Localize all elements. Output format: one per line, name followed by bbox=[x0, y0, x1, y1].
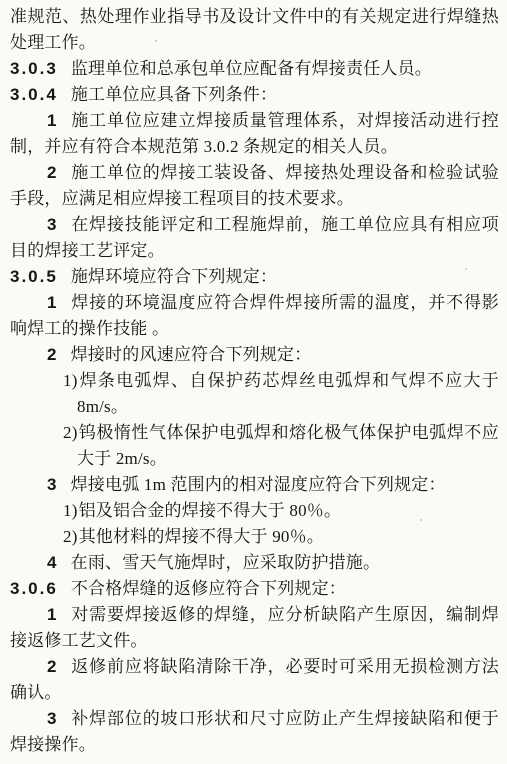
list-item-3-5: 3在焊接技能评定和工程施焊前，施工单位应具有相应项目的焊接工艺评定。 bbox=[10, 212, 499, 264]
clause-text: 焊接时的风速应符合下列规定： bbox=[71, 345, 312, 364]
list-item-2-4: 2施工单位的焊接工装设备、焊接热处理设备和检验试验手段，应满足相应焊接工程项目的… bbox=[10, 160, 499, 212]
list-item-1-7: 1焊接的环境温度应符合焊件焊接所需的温度，并不得影响焊工的操作技能 。 bbox=[10, 290, 499, 342]
clause-3.0.6: 3.0.6不合格焊缝的返修应符合下列规定： bbox=[10, 576, 499, 602]
clause-text: 其他材料的焊接不得大于 90％。 bbox=[79, 527, 324, 546]
clause-text: 对需要焊接返修的焊缝，应分析缺陷产生原因，编制焊接返修工艺文件。 bbox=[10, 605, 499, 650]
clause-text: 焊条电弧焊、自保护药芯焊丝电弧焊和气焊不应大于 8m/s。 bbox=[77, 371, 499, 416]
clause-number: 3.0.4 bbox=[10, 85, 58, 104]
clause-number: 2 bbox=[47, 345, 57, 364]
document-page: 准规范、热处理作业指导书及设计文件中的有关规定进行焊缝热处理工作。3.0.3监理… bbox=[0, 0, 507, 764]
clause-text: 在焊接技能评定和工程施焊前，施工单位应具有相应项目的焊接工艺评定。 bbox=[10, 215, 499, 260]
list-item-4-14: 4在雨、雪天气施焊时，应采取防护措施。 bbox=[10, 550, 499, 576]
list-item-2-17: 2返修前应将缺陷清除干净，必要时可采用无损检测方法确认。 bbox=[10, 654, 499, 706]
clause-text: 钨极惰性气体保护电弧焊和熔化极气体保护电弧焊不应大于 2m/s。 bbox=[77, 423, 499, 468]
list-item-3-18: 3补焊部位的坡口形状和尺寸应防止产生焊接缺陷和便于焊接操作。 bbox=[10, 706, 499, 758]
clause-number: 1 bbox=[47, 605, 57, 624]
scan-speck bbox=[0, 0, 2, 2]
clause-number: 3 bbox=[47, 475, 57, 494]
clause-number: 2 bbox=[47, 657, 57, 676]
clause-number: 3.0.3 bbox=[10, 59, 58, 78]
clause-text: 施工单位应建立焊接质量管理体系，对焊接活动进行控制，并应有符合本规范第 3.0.… bbox=[10, 111, 499, 156]
list-item-2-8: 2焊接时的风速应符合下列规定： bbox=[10, 342, 499, 368]
clause-text: 施焊环境应符合下列规定： bbox=[71, 267, 277, 286]
clause-text: 焊接电弧 1m 范围内的相对湿度应符合下列规定： bbox=[71, 475, 446, 494]
clause-number: 4 bbox=[47, 553, 57, 572]
clause-number: 1) bbox=[63, 371, 78, 390]
clause-text: 返修前应将缺陷清除干净，必要时可采用无损检测方法确认。 bbox=[10, 657, 499, 702]
clause-number: 1) bbox=[63, 501, 78, 520]
list-item-1-16: 1对需要焊接返修的焊缝，应分析缺陷产生原因，编制焊接返修工艺文件。 bbox=[10, 602, 499, 654]
clause-number: 3 bbox=[47, 709, 57, 728]
list-item-3-11: 3焊接电弧 1m 范围内的相对湿度应符合下列规定： bbox=[10, 472, 499, 498]
list-item-2-10: 2)钨极惰性气体保护电弧焊和熔化极气体保护电弧焊不应大于 2m/s。 bbox=[10, 420, 499, 472]
clause-text: 监理单位和总承包单位应配备有焊接责任人员。 bbox=[71, 59, 432, 78]
clause-text: 施工单位应具备下列条件： bbox=[71, 85, 277, 104]
clause-number: 3.0.6 bbox=[10, 579, 58, 598]
paragraph-continuation: 准规范、热处理作业指导书及设计文件中的有关规定进行焊缝热处理工作。 bbox=[10, 4, 499, 56]
clause-text: 铝及铝合金的焊接不得大于 80％。 bbox=[79, 501, 342, 520]
clause-number: 2 bbox=[47, 163, 57, 182]
clause-number: 3 bbox=[47, 215, 57, 234]
clause-3.0.5: 3.0.5施焊环境应符合下列规定： bbox=[10, 264, 499, 290]
clause-text: 补焊部位的坡口形状和尺寸应防止产生焊接缺陷和便于焊接操作。 bbox=[10, 709, 499, 754]
document-text: 准规范、热处理作业指导书及设计文件中的有关规定进行焊缝热处理工作。3.0.3监理… bbox=[10, 4, 499, 758]
clause-text: 在雨、雪天气施焊时，应采取防护措施。 bbox=[71, 553, 381, 572]
list-item-1-12: 1)铝及铝合金的焊接不得大于 80％。 bbox=[10, 498, 499, 524]
clause-text: 准规范、热处理作业指导书及设计文件中的有关规定进行焊缝热处理工作。 bbox=[10, 7, 499, 52]
clause-text: 焊接的环境温度应符合焊件焊接所需的温度，并不得影响焊工的操作技能 。 bbox=[10, 293, 499, 338]
clause-number: 1 bbox=[47, 111, 57, 130]
clause-text: 施工单位的焊接工装设备、焊接热处理设备和检验试验手段，应满足相应焊接工程项目的技… bbox=[10, 163, 499, 208]
clause-text: 不合格焊缝的返修应符合下列规定： bbox=[71, 579, 346, 598]
clause-number: 3.0.5 bbox=[10, 267, 58, 286]
clause-3.0.4: 3.0.4施工单位应具备下列条件： bbox=[10, 82, 499, 108]
clause-3.0.3: 3.0.3监理单位和总承包单位应配备有焊接责任人员。 bbox=[10, 56, 499, 82]
clause-number: 2) bbox=[63, 423, 78, 442]
list-item-1-3: 1施工单位应建立焊接质量管理体系，对焊接活动进行控制，并应有符合本规范第 3.0… bbox=[10, 108, 499, 160]
list-item-2-13: 2)其他材料的焊接不得大于 90％。 bbox=[10, 524, 499, 550]
clause-number: 1 bbox=[47, 293, 57, 312]
list-item-1-9: 1)焊条电弧焊、自保护药芯焊丝电弧焊和气焊不应大于 8m/s。 bbox=[10, 368, 499, 420]
clause-number: 2) bbox=[63, 527, 78, 546]
